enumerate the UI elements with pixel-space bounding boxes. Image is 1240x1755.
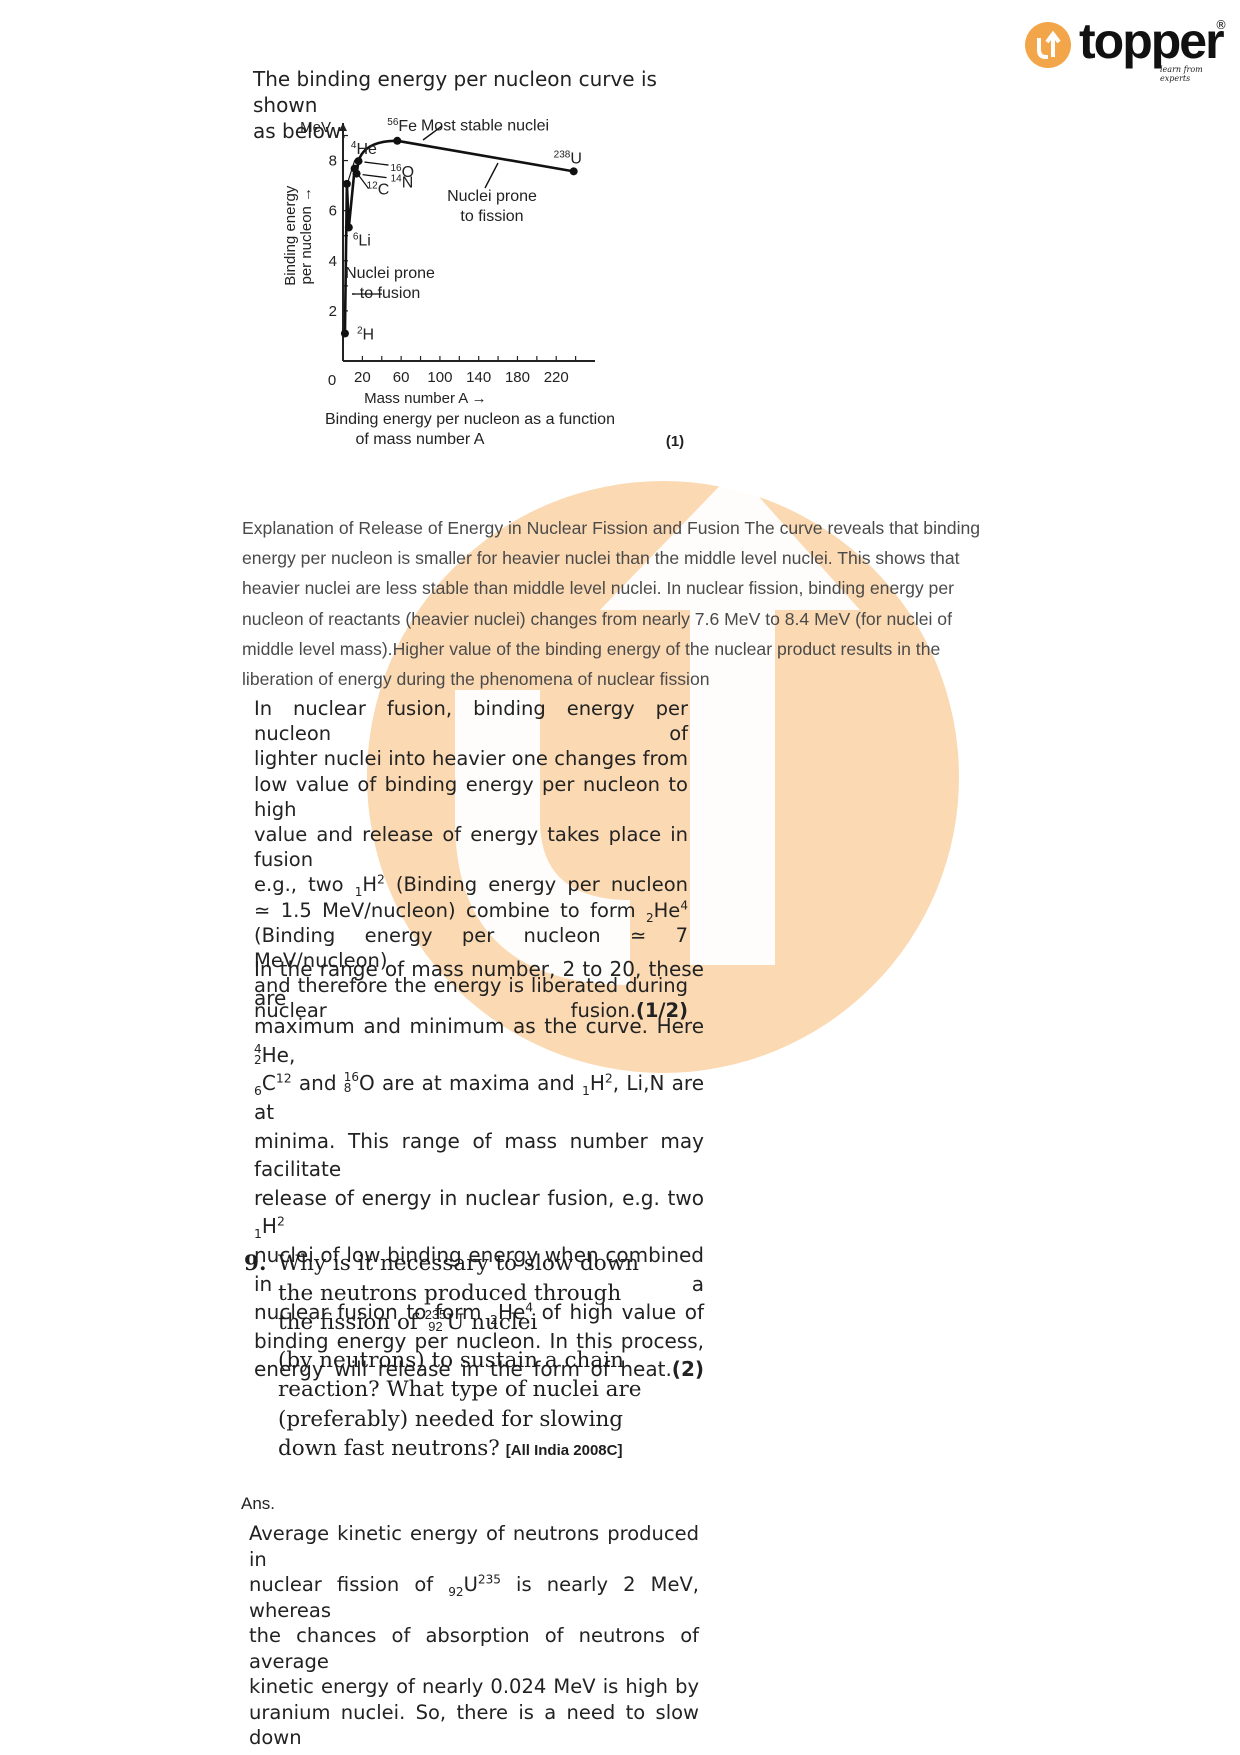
binding-energy-chart: 206010014018022002468MeVBinding energype… [270, 118, 700, 508]
svg-text:Binding energy per nucleon as: Binding energy per nucleon as a function [325, 411, 615, 428]
svg-text:56Fe: 56Fe [387, 118, 417, 135]
svg-text:Nuclei prone: Nuclei prone [447, 188, 537, 205]
svg-text:(1): (1) [666, 433, 684, 450]
svg-text:4: 4 [329, 253, 337, 270]
u-arrow-up-icon [1025, 22, 1071, 68]
explanation-paragraph: Explanation of Release of Energy in Nucl… [242, 513, 1012, 694]
svg-text:100: 100 [427, 369, 452, 386]
question-source: [All India 2008C] [506, 1442, 623, 1459]
svg-text:2H: 2H [357, 325, 374, 343]
explanation-line: energy per nucleon is smaller for heavie… [242, 543, 1012, 573]
registered-mark: ® [1215, 18, 1227, 32]
explanation-line: liberation of energy during the phenomen… [242, 664, 1012, 694]
answer-text: Average kinetic energy of neutrons produ… [249, 1521, 699, 1751]
text-line: value and release of energy takes place … [254, 822, 688, 872]
svg-text:MeV: MeV [300, 119, 331, 136]
question-number: 9. [244, 1249, 266, 1279]
svg-text:6Li: 6Li [353, 231, 371, 249]
text-line: ≃ 1.5 MeV/nucleon) combine to form 2He4 [254, 898, 688, 923]
svg-text:0: 0 [328, 372, 336, 389]
text-line: lighter nuclei into heavier one changes … [254, 746, 688, 771]
svg-text:2: 2 [329, 303, 337, 320]
topper-logo: topper ® learn from experts [1025, 18, 1230, 80]
svg-text:Nuclei prone: Nuclei prone [345, 265, 435, 282]
svg-text:8: 8 [329, 153, 337, 170]
text-line: maximum and minimum as the curve. Here 4… [254, 1012, 704, 1069]
svg-text:140: 140 [466, 369, 491, 386]
svg-text:Most stable nuclei: Most stable nuclei [421, 118, 549, 134]
svg-text:220: 220 [544, 369, 569, 386]
explanation-line: Explanation of Release of Energy in Nucl… [242, 513, 1012, 543]
svg-text:12C: 12C [367, 181, 390, 199]
text-line: In nuclear fusion, binding energy per nu… [254, 696, 688, 746]
svg-text:20: 20 [354, 369, 371, 386]
svg-text:per nucleon →: per nucleon → [298, 187, 315, 285]
text-line: In the range of mass number, 2 to 20, th… [254, 955, 704, 1012]
svg-text:Binding energy: Binding energy [282, 185, 299, 286]
text-line: low value of binding energy per nucleon … [254, 772, 688, 822]
svg-text:6: 6 [329, 203, 337, 220]
svg-text:to fission: to fission [460, 208, 523, 225]
text-line: release of energy in nuclear fusion, e.g… [254, 1184, 704, 1241]
answer-label: Ans. [241, 1494, 275, 1514]
text-line: e.g., two 1H2 (Binding energy per nucleo… [254, 872, 688, 897]
explanation-line: heavier nuclei are less stable than midd… [242, 573, 1012, 603]
explanation-line: nucleon of reactants (heavier nuclei) ch… [242, 604, 1012, 634]
text-line: 6C12 and 168O are at maxima and 1H2, Li,… [254, 1069, 704, 1126]
binding-energy-curve: 206010014018022002468MeVBinding energype… [270, 118, 700, 508]
svg-text:180: 180 [505, 369, 530, 386]
question-text: Why is it necessary to slow down the neu… [278, 1249, 678, 1466]
svg-text:Mass number A →: Mass number A → [364, 390, 487, 407]
svg-text:238U: 238U [554, 149, 582, 167]
intro-line: The binding energy per nucleon curve is … [253, 66, 693, 118]
svg-text:of mass number A: of mass number A [356, 431, 485, 448]
brand-tagline: learn from experts [1160, 65, 1230, 83]
svg-text:4He: 4He [351, 140, 377, 158]
explanation-line: middle level mass).Higher value of the b… [242, 634, 1012, 664]
text-line: minima. This range of mass number may fa… [254, 1127, 704, 1184]
brand-name: topper [1079, 12, 1223, 70]
svg-text:60: 60 [393, 369, 410, 386]
